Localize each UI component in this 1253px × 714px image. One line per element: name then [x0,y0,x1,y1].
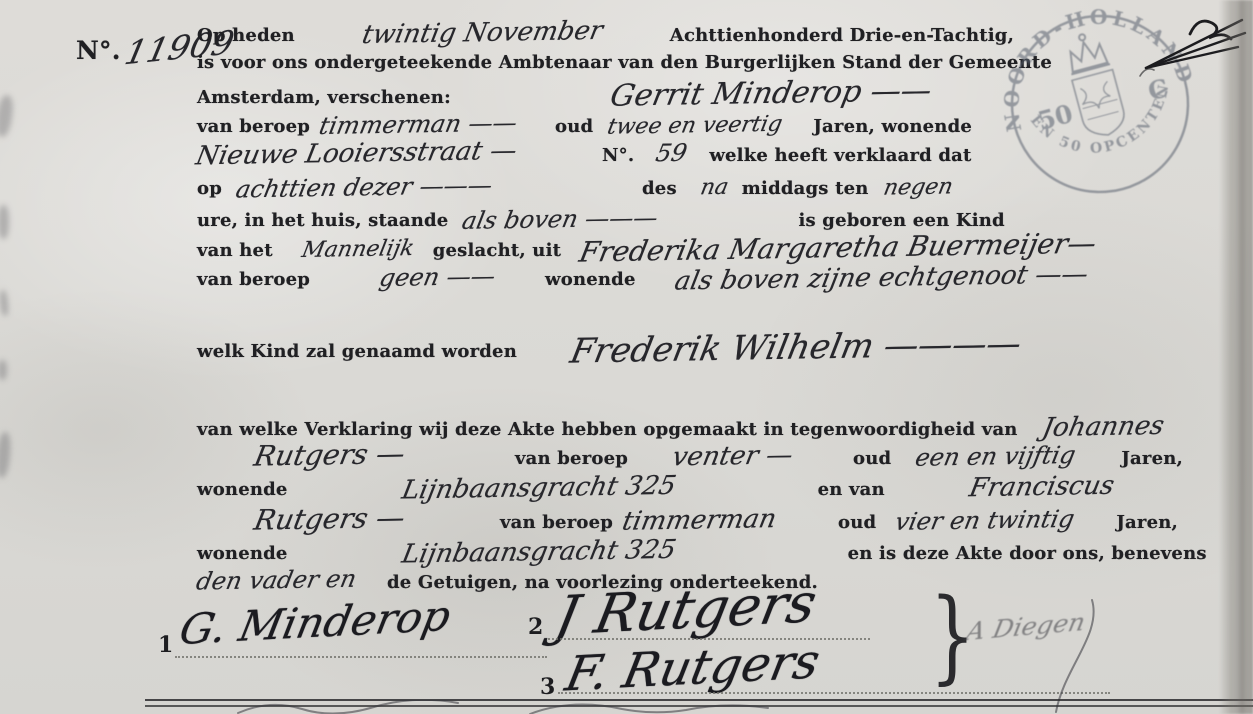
printed-text: op [197,178,222,199]
printed-text: des [642,178,677,199]
printed-text: oud [853,448,891,469]
line-witness2: Rutgers — van beroep timmerman oud vier … [255,502,1178,535]
printed-text: oud [838,512,876,533]
printed-text: Amsterdam, verschenen: [197,87,451,108]
printed-text: geslacht, uit [433,240,561,261]
line-registrar-intro: is voor ons ondergeteekende Ambtenaar va… [197,52,1052,73]
printed-text: wonende [197,543,288,564]
line-witness2-address: wonende Lijnbaansgracht 325 en is deze A… [197,536,1207,566]
line-date: Op heden twintig November Achttienhonder… [197,18,1014,48]
printed-text: en is deze Akte door ons, benevens [848,543,1207,564]
printed-text: en van [818,479,885,500]
handwritten-witness2-surname: Rutgers — [251,500,448,536]
bleedthrough-mark [0,94,15,138]
act-number-label: N°. [76,36,121,65]
signature-number-2: 2 [528,614,543,640]
bleedthrough-mark [0,205,9,239]
printed-text: is voor ons ondergeteekende Ambtenaar va… [197,52,1052,73]
bleedthrough-mark [0,432,12,479]
next-record-cutoff-writing [230,700,910,714]
signature-line-3 [558,692,1110,694]
birth-certificate-scan: N°. 11909 Op heden twintig November Acht… [0,0,1253,714]
handwritten-witness1-age: een en vijftig [913,440,1124,472]
signature-declarant: G. Minderop [176,591,455,654]
handwritten-gender: Mannelijk [280,236,435,264]
handwritten-hour: negen [881,174,955,200]
handwritten-mother-residence: als boven zijne echtgenoot —— [672,257,1200,296]
printed-text: welke heeft verklaard dat [709,145,971,166]
handwritten-witness2-address: Lijnbaansgracht 325 [399,532,811,569]
line-child-name: welk Kind zal genaamd worden Frederik Wi… [197,326,1212,366]
line-birth-day-time: op achttien dezer ——— des na middags ten… [197,172,952,200]
handwritten-date: twintig November [291,15,673,52]
handwritten-mother-occupation: geen —— [327,261,548,293]
page-edge-shadow [1219,0,1253,714]
handwritten-daypart: na [684,175,744,201]
handwritten-house-number: 59 [641,139,702,168]
printed-text: wonende [197,479,288,500]
bleedthrough-mark [0,290,9,317]
line-witness1-address: wonende Lijnbaansgracht 325 en van Franc… [197,472,1113,502]
registrar-pen-stroke [1030,598,1130,714]
bleedthrough-mark [0,360,7,380]
printed-text: N°. [602,145,634,166]
crown-icon [1062,29,1110,74]
handwritten-child-name: Frederik Wilhelm ———— [567,320,1217,371]
printed-text: Achttienhonderd Drie-en-Tachtig, [670,25,1014,46]
line-address: Nieuwe Looiersstraat — N°. 59 welke heef… [197,138,972,168]
printed-text: van beroep [197,269,310,290]
handwritten-age: twee en veertig [606,111,817,140]
handwritten-witness1-address: Lijnbaansgracht 325 [399,468,811,505]
signature-line-1 [175,656,547,658]
coat-of-arms-shield-icon [1072,70,1129,141]
page-edge-streak [1239,0,1245,714]
printed-text: van beroep [197,116,310,137]
signature-number-3: 3 [540,674,555,700]
line-witness1: Rutgers — van beroep venter — oud een en… [255,438,1183,471]
line-birth-place: ure, in het huis, staande als boven ——— … [197,204,1005,232]
line-gender-mother: van het Mannelijk geslacht, uit Frederik… [197,230,1221,263]
printed-text: wonende [545,269,636,290]
printed-text: welk Kind zal genaamd worden [197,341,517,362]
handwritten-witness2-firstname: Franciscus [967,471,1117,504]
handwritten-witness1-surname: Rutgers — [251,436,448,472]
printed-text: Jaren, wonende [813,116,972,137]
printed-text: Op heden [197,25,295,46]
printed-text: Jaren, [1121,448,1183,469]
handwritten-birth-day: achttien dezer ——— [234,168,646,203]
line-declarant-name: Amsterdam, verschenen: Gerrit Minderop —… [197,76,1051,111]
handwritten-father-note: den vader en [194,564,375,595]
line-mother-occupation: van beroep geen —— wonende als boven zij… [197,262,1196,292]
handwritten-witness2-age: vier en twintig [893,504,1119,536]
handwritten-street: Nieuwe Looiersstraat — [193,135,590,172]
printed-text: van beroep [500,512,613,533]
stamp-value-text: 50 [1035,99,1076,136]
printed-text: Jaren, [1116,512,1178,533]
printed-text: van beroep [515,448,628,469]
printed-text: van het [197,240,273,261]
printed-text: middags ten [742,178,869,199]
printed-text: van welke Verklaring wij deze Akte hebbe… [197,419,1018,440]
signature-number-1: 1 [158,632,173,658]
printed-text: ure, in het huis, staande [197,210,448,231]
